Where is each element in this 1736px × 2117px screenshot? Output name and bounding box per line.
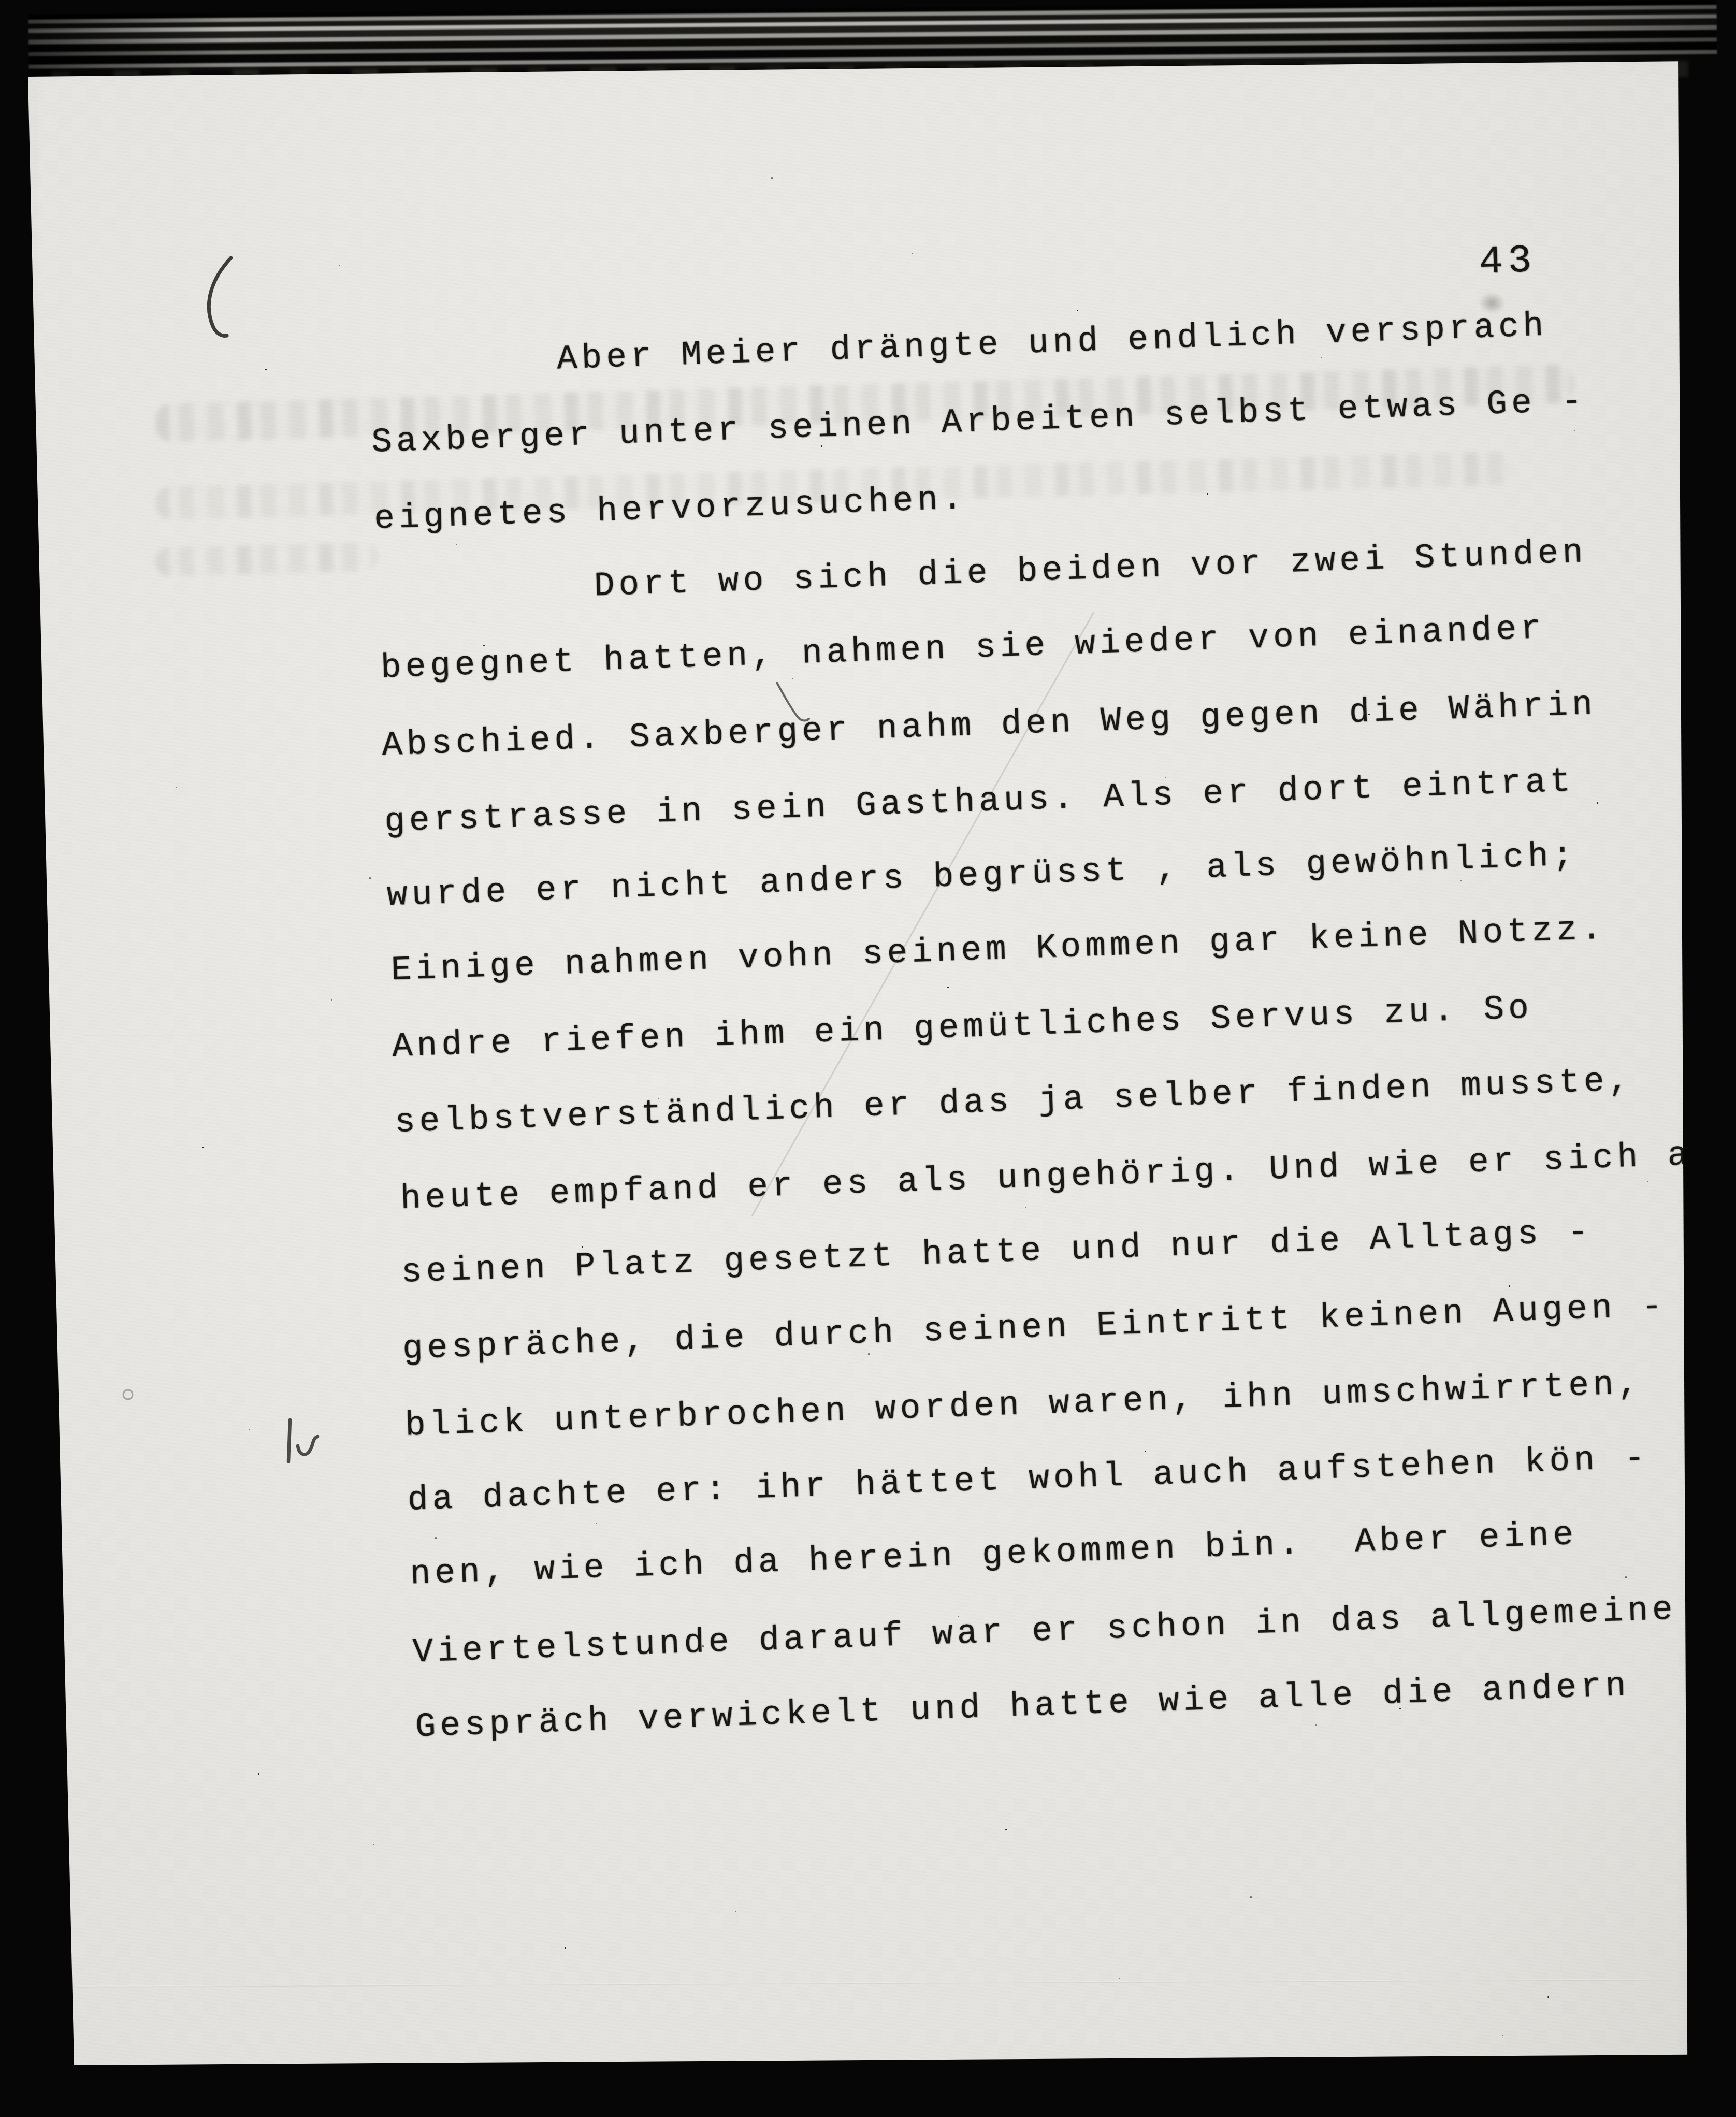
bleed-through-line: [155, 542, 378, 576]
faint-ring-mark: [123, 1390, 133, 1399]
paper-speckles: [0, 0, 1, 1]
pen-hook-mark: [209, 258, 231, 336]
page-number: 43: [1479, 238, 1538, 285]
margin-squiggle-mark: [288, 1420, 317, 1461]
paper-speckles: [0, 0, 2, 2]
manuscript-text: Aber Meier drängte und endlich versprach…: [368, 283, 1736, 1765]
paper-crease: [78, 1979, 1673, 1987]
scanned-manuscript-page: 43 Aber Meier drängte und endlich verspr…: [0, 0, 1736, 2117]
paper-sheet: 43 Aber Meier drängte und endlich verspr…: [0, 0, 1736, 2117]
